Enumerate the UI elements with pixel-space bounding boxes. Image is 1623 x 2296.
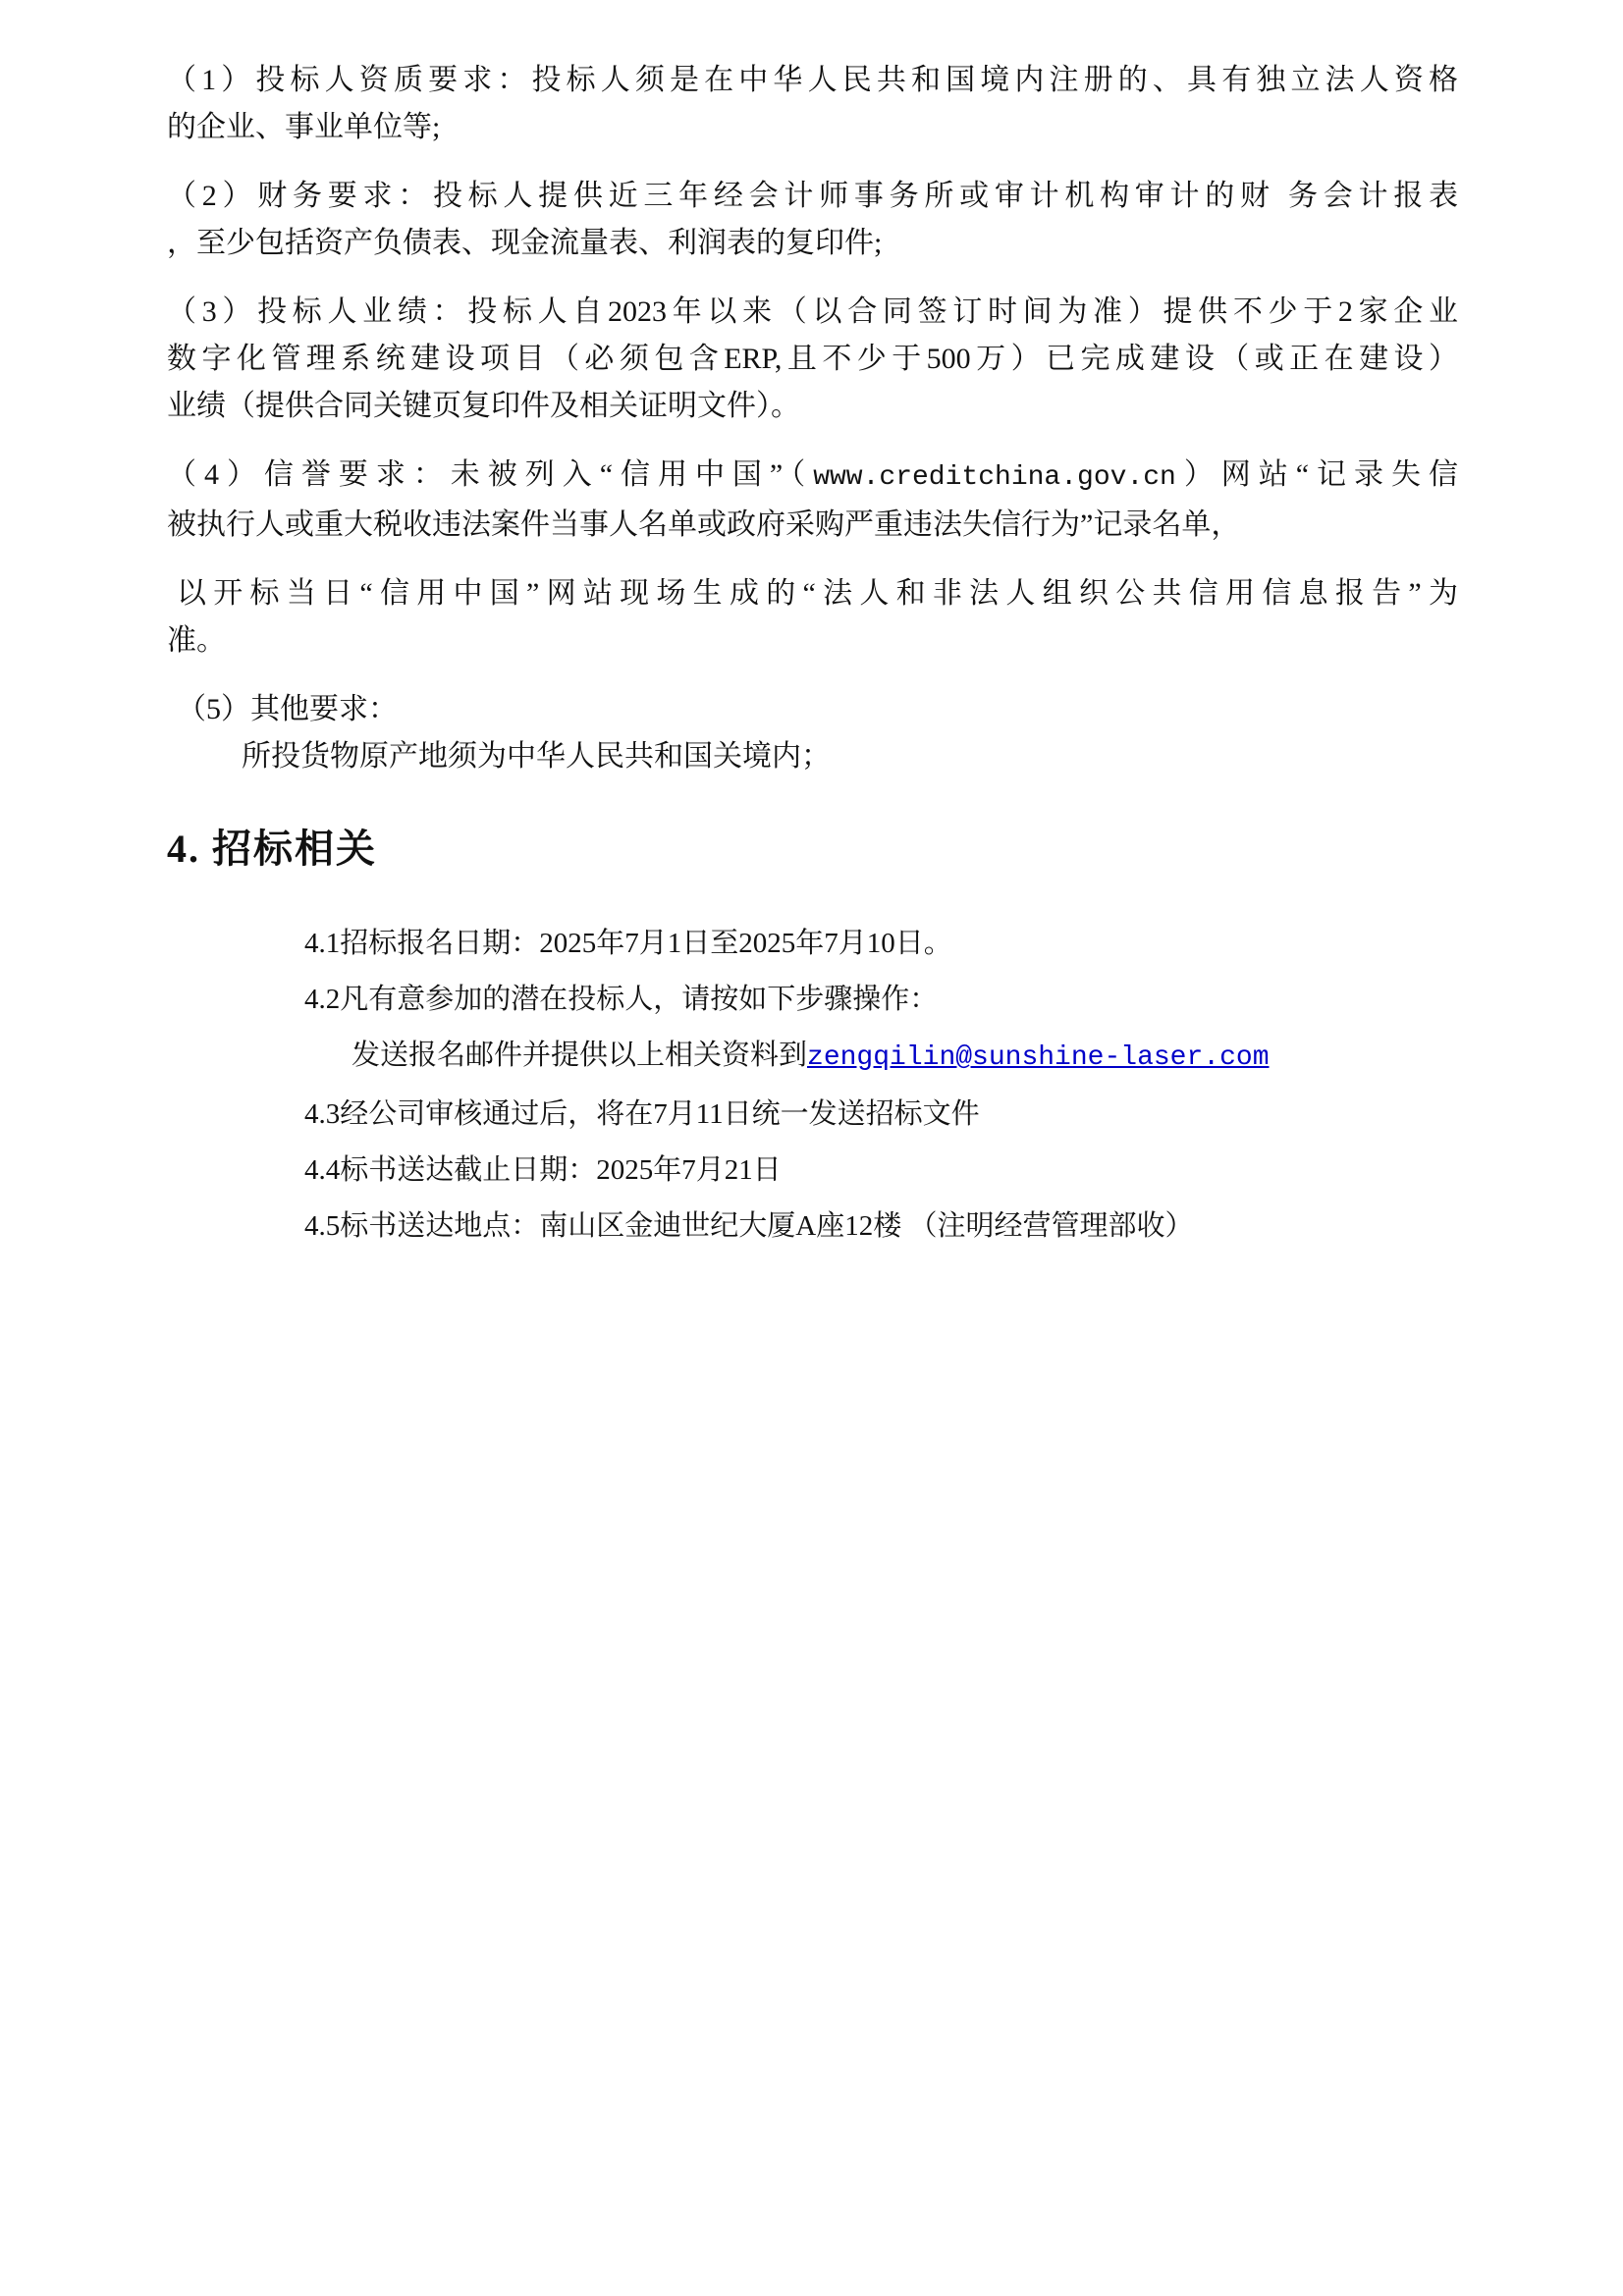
requirement-4-line-2: 被执行人或重大税收违法案件当事人名单或政府采购严重违法失信行为”记录名单， bbox=[167, 502, 1458, 549]
requirement-4-line-3: 以开标当日“信用中国”网站现场生成的“法人和非法人组织公共信用信息报告”为 bbox=[167, 570, 1458, 617]
requirement-4-continued: 以开标当日“信用中国”网站现场生成的“法人和非法人组织公共信用信息报告”为 准。 bbox=[167, 570, 1458, 665]
requirement-1-line-2: 的企业、事业单位等; bbox=[167, 104, 1458, 151]
item-4-1: 4.1招标报名日期：2025年7月1日至2025年7月10日。 bbox=[304, 926, 1458, 961]
document-page: （1）投标人资质要求：投标人须是在中华人民共和国境内注册的、具有独立法人资格 的… bbox=[0, 0, 1623, 1244]
section-items: 4.1招标报名日期：2025年7月1日至2025年7月10日。 4.2凡有意参加… bbox=[304, 926, 1458, 1244]
item-4-3: 4.3经公司审核通过后，将在7月11日统一发送招标文件 bbox=[304, 1096, 1458, 1132]
requirement-3-line-3: 业绩（提供合同关键页复印件及相关证明文件）。 bbox=[167, 383, 1458, 430]
requirement-3: （3）投标人业绩：投标人自2023年以来（以合同签订时间为准）提供不少于2家企业… bbox=[167, 289, 1458, 430]
requirement-4-line-1: （4）信誉要求：未被列入“信用中国”（www.creditchina.gov.c… bbox=[167, 452, 1458, 502]
requirement-3-line-1: （3）投标人业绩：投标人自2023年以来（以合同签订时间为准）提供不少于2家企业 bbox=[167, 289, 1458, 336]
requirement-2-line-2: ，至少包括资产负债表、现金流量表、利润表的复印件; bbox=[167, 220, 1458, 267]
item-email: 发送报名邮件并提供以上相关资料到zengqilin@sunshine-laser… bbox=[352, 1038, 1458, 1076]
requirement-4: （4）信誉要求：未被列入“信用中国”（www.creditchina.gov.c… bbox=[167, 452, 1458, 549]
requirement-2: （2）财务要求：投标人提供近三年经会计师事务所或审计机构审计的财 务会计报表 ，… bbox=[167, 173, 1458, 267]
requirement-5-line-1: （5）其他要求： bbox=[167, 686, 1458, 733]
section-heading: 4. 招标相关 bbox=[167, 826, 1458, 873]
requirement-1-line-1: （1）投标人资质要求：投标人须是在中华人民共和国境内注册的、具有独立法人资格 bbox=[167, 57, 1458, 104]
email-prefix-text: 发送报名邮件并提供以上相关资料到 bbox=[352, 1040, 807, 1071]
creditchina-url-text: www.creditchina.gov.cn bbox=[813, 462, 1176, 493]
requirement-5-line-2: 所投货物原产地须为中华人民共和国关境内； bbox=[167, 733, 1458, 780]
email-link[interactable]: zengqilin@sunshine-laser.com bbox=[807, 1042, 1269, 1073]
item-4-2: 4.2凡有意参加的潜在投标人，请按如下步骤操作： bbox=[304, 982, 1458, 1017]
requirement-3-line-2: 数字化管理系统建设项目（必须包含ERP,且不少于500万）已完成建设（或正在建设… bbox=[167, 336, 1458, 383]
requirement-4-line-4: 准。 bbox=[167, 617, 1458, 665]
requirement-4-line-1-text: （4）信誉要求：未被列入“信用中国”（ bbox=[167, 458, 813, 491]
item-4-4: 4.4标书送达截止日期：2025年7月21日 bbox=[304, 1152, 1458, 1188]
requirement-5: （5）其他要求： 所投货物原产地须为中华人民共和国关境内； bbox=[167, 686, 1458, 780]
requirement-4-line-1-tail: ）网站“记录失信 bbox=[1176, 458, 1458, 491]
requirement-1: （1）投标人资质要求：投标人须是在中华人民共和国境内注册的、具有独立法人资格 的… bbox=[167, 57, 1458, 151]
requirement-2-line-1: （2）财务要求：投标人提供近三年经会计师事务所或审计机构审计的财 务会计报表 bbox=[167, 173, 1458, 220]
item-4-5: 4.5标书送达地点：南山区金迪世纪大厦A座12楼 （注明经营管理部收） bbox=[304, 1208, 1458, 1244]
